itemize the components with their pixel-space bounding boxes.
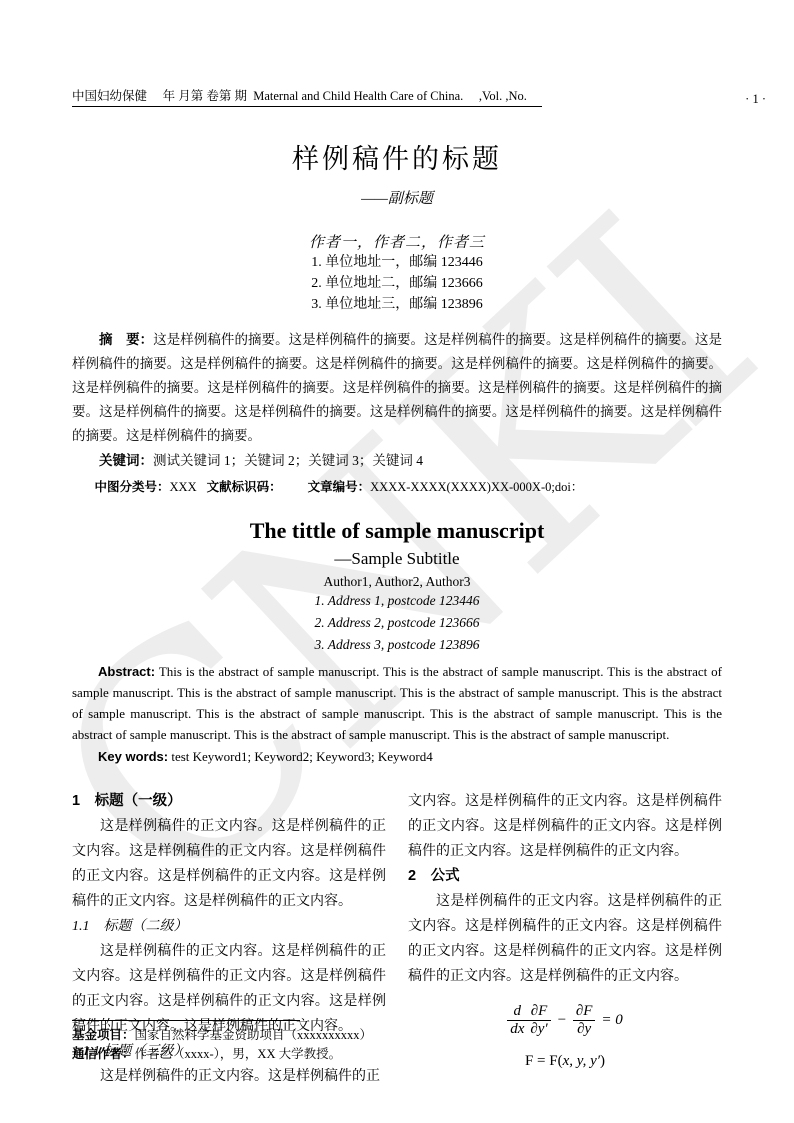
- formula2-lhs: F = F(: [525, 1053, 563, 1069]
- keywords-cn-label: 关键词：: [99, 453, 153, 468]
- article-no-value: XXXX-XXXX(XXXX)XX-000X-0;doi：: [370, 480, 583, 494]
- abstract-cn-text: 这是样例稿件的摘要。这是样例稿件的摘要。这是样例稿件的摘要。这是样例稿件的摘要。…: [72, 332, 722, 443]
- fraction-numerator: d: [507, 1003, 527, 1021]
- affiliation-en-2: 2. Address 2, postcode 123666: [72, 612, 722, 634]
- section-1-1-1-paragraph-continued: 文内容。这是样例稿件的正文内容。这是样例稿件的正文内容。这是样例稿件的正文内容。…: [408, 789, 722, 864]
- fraction-dF-dy: ∂F ∂y: [573, 1003, 596, 1039]
- journal-header-line: 中国妇幼保健 年 月第 卷第 期 Maternal and Child Heal…: [72, 86, 542, 107]
- formula2-arguments: x, y, y′: [563, 1053, 600, 1069]
- section-2-heading: 2 公式: [408, 864, 722, 889]
- page-number: · 1 ·: [745, 92, 766, 107]
- title-cn: 样例稿件的标题: [72, 137, 722, 176]
- doc-code-label: 文献标识码：: [207, 480, 282, 494]
- equals-zero: = 0: [601, 1008, 622, 1033]
- keywords-cn-line: 关键词：测试关键词 1；关键词 2；关键词 3；关键词 4: [72, 449, 722, 473]
- keywords-en-label: Key words:: [98, 749, 168, 764]
- fund-label: 基金项目：: [72, 1028, 135, 1042]
- fraction-denominator: ∂y: [573, 1021, 596, 1038]
- fraction-dF-dyprime: ∂F ∂y′: [527, 1003, 550, 1039]
- footnote-divider: [72, 1020, 300, 1021]
- affiliations-en: 1. Address 1, postcode 123446 2. Address…: [72, 590, 722, 656]
- corresponding-author-label: 通信作者：: [72, 1047, 135, 1061]
- keywords-en-line: Key words: test Keyword1; Keyword2; Keyw…: [72, 746, 722, 767]
- abstract-cn-label: 摘 要：: [99, 332, 153, 347]
- document-content: 中国妇幼保健 年 月第 卷第 期 Maternal and Child Heal…: [72, 86, 722, 1089]
- fraction-numerator: ∂F: [573, 1003, 596, 1021]
- section-2-paragraph: 这是样例稿件的正文内容。这是样例稿件的正文内容。这是样例稿件的正文内容。这是样例…: [408, 889, 722, 989]
- subtitle-en: —Sample Subtitle: [72, 549, 722, 569]
- footnote: 基金项目：国家自然科学基金资助项目（xxxxxxxxxx） 通信作者：作者乙（x…: [72, 1020, 412, 1064]
- authors-cn: 作者一，作者二，作者三: [72, 231, 722, 252]
- abstract-en-text: This is the abstract of sample manuscrip…: [72, 664, 722, 742]
- affiliation-en-3: 3. Address 3, postcode 123896: [72, 634, 722, 656]
- fraction-numerator: ∂F: [527, 1003, 550, 1021]
- function-definition-formula: F = F(x, y, y′): [408, 1049, 722, 1074]
- keywords-en: test Keyword1; Keyword2; Keyword3; Keywo…: [171, 749, 432, 764]
- article-no-label: 文章编号：: [308, 480, 371, 494]
- affiliation-cn-3: 3. 单位地址三，邮编 123896: [72, 294, 722, 315]
- title-en: The tittle of sample manuscript: [72, 518, 722, 544]
- abstract-cn: 摘 要：这是样例稿件的摘要。这是样例稿件的摘要。这是样例稿件的摘要。这是样例稿件…: [72, 328, 722, 448]
- right-column: 文内容。这是样例稿件的正文内容。这是样例稿件的正文内容。这是样例稿件的正文内容。…: [408, 789, 722, 1089]
- affiliation-cn-1: 1. 单位地址一，邮编 123446: [72, 252, 722, 273]
- abstract-en-label: Abstract:: [98, 664, 155, 679]
- minus-operator: −: [557, 1008, 567, 1033]
- section-1-1-heading: 1.1 标题（二级）: [72, 914, 386, 939]
- section-1-1-1-paragraph-left: 这是样例稿件的正文内容。这是样例稿件的正: [72, 1064, 386, 1089]
- manuscript-page: CNKI 中国妇幼保健 年 月第 卷第 期 Maternal and Child…: [0, 0, 794, 1123]
- fraction-denominator: dx: [507, 1021, 527, 1038]
- formula2-close: ): [600, 1053, 605, 1069]
- clc-value: XXX: [170, 480, 197, 494]
- authors-en: Author1, Author2, Author3: [72, 574, 722, 590]
- clc-label: 中图分类号：: [95, 480, 170, 494]
- section-1-paragraph: 这是样例稿件的正文内容。这是样例稿件的正文内容。这是样例稿件的正文内容。这是样例…: [72, 814, 386, 914]
- affiliation-en-1: 1. Address 1, postcode 123446: [72, 590, 722, 612]
- clc-line: 中图分类号：XXX文献标识码：文章编号：XXXX-XXXX(XXXX)XX-00…: [72, 476, 722, 498]
- fraction-denominator: ∂y′: [527, 1021, 550, 1038]
- section-1-heading: 1 标题（一级）: [72, 789, 386, 814]
- keywords-cn: 测试关键词 1；关键词 2；关键词 3；关键词 4: [153, 453, 423, 468]
- corresponding-author-line: 通信作者：作者乙（xxxx-），男，XX 大学教授。: [72, 1045, 412, 1064]
- fraction-d-dx: d dx: [507, 1003, 527, 1039]
- affiliation-cn-2: 2. 单位地址二，邮编 123666: [72, 273, 722, 294]
- abstract-en: Abstract: This is the abstract of sample…: [72, 661, 722, 745]
- euler-lagrange-formula: d dx ∂F ∂y′ − ∂F ∂y = 0: [408, 1003, 722, 1039]
- affiliations-cn: 1. 单位地址一，邮编 123446 2. 单位地址二，邮编 123666 3.…: [72, 252, 722, 315]
- page-header: 中国妇幼保健 年 月第 卷第 期 Maternal and Child Heal…: [72, 86, 722, 107]
- subtitle-cn: ——副标题: [72, 187, 722, 208]
- fund-line: 基金项目：国家自然科学基金资助项目（xxxxxxxxxx）: [72, 1026, 412, 1045]
- corresponding-author-text: 作者乙（xxxx-），男，XX 大学教授。: [135, 1047, 342, 1061]
- fund-text: 国家自然科学基金资助项目（xxxxxxxxxx）: [135, 1028, 373, 1042]
